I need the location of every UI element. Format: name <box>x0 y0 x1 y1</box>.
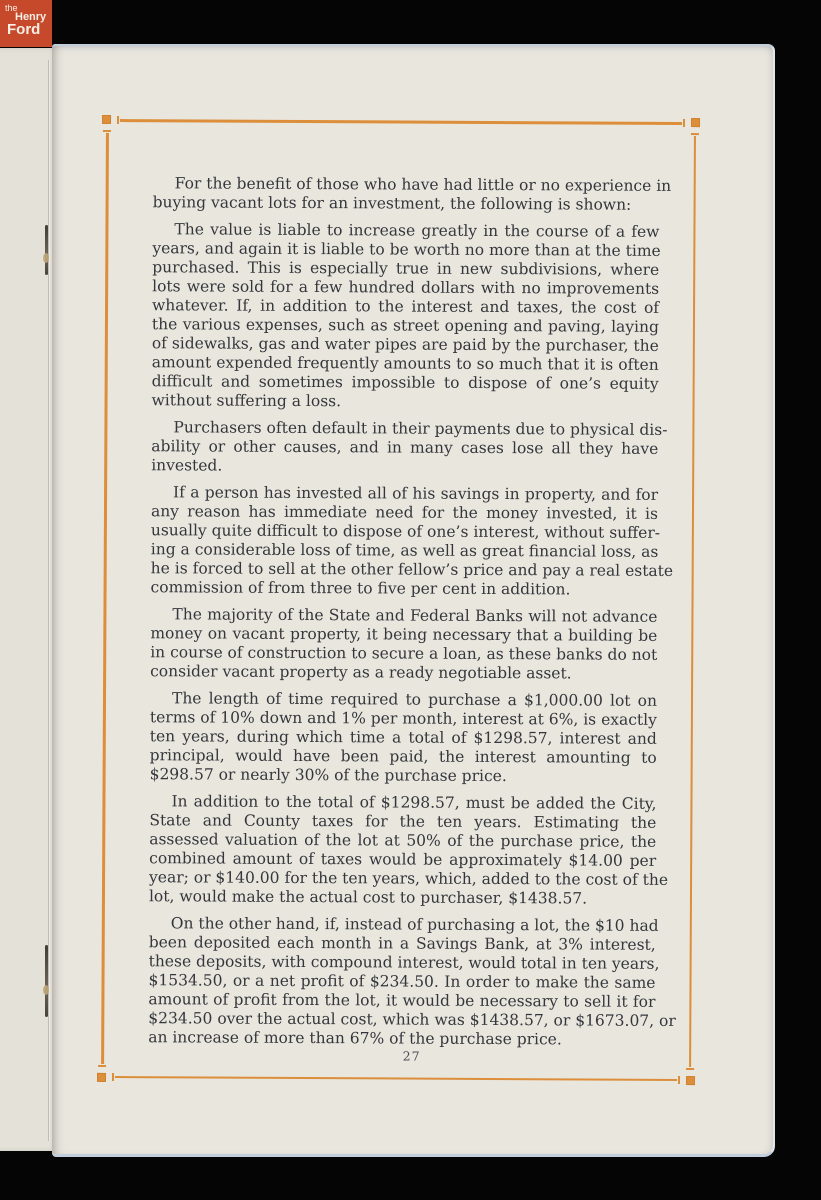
text-line: lots were sold for a few hundred dollars… <box>152 277 659 299</box>
paragraph: For the benefit of those who have had li… <box>153 174 660 215</box>
text-line: amount expended frequently amounts to so… <box>152 353 659 375</box>
page-text: For the benefit of those who have had li… <box>148 174 660 1058</box>
text-line: ability or other causes, and in many cas… <box>151 437 658 459</box>
text-line: whatever. If, in addition to the interes… <box>152 296 659 318</box>
text-line: $298.57 or nearly 30% of the purchase pr… <box>150 765 657 787</box>
border-line-left <box>101 133 108 1064</box>
logo-text-ford: Ford <box>7 22 40 37</box>
page-content: For the benefit of those who have had li… <box>47 46 774 1158</box>
border-corner-bottom-right <box>686 1076 695 1085</box>
book-page: For the benefit of those who have had li… <box>52 44 775 1157</box>
paragraph: On the other hand, if, instead of purcha… <box>148 914 656 1050</box>
text-line: the various expenses, such as street ope… <box>152 315 659 337</box>
page-number: 27 <box>148 1047 655 1065</box>
henry-ford-logo: the Henry Ford <box>0 0 52 47</box>
text-line: amount of profit from the lot, it would … <box>148 990 655 1012</box>
border-line-top <box>120 119 682 124</box>
text-line: years, and again it is liable to be wort… <box>152 239 659 261</box>
text-line: purchased. This is especially true in ne… <box>152 258 659 280</box>
text-line: $234.50 over the actual cost, which was … <box>148 1009 655 1031</box>
border-line-right <box>689 136 696 1067</box>
text-line: consider vacant property as a ready nego… <box>150 662 657 684</box>
paragraph: The value is liable to increase greatly … <box>152 220 660 413</box>
text-line: commission of from three to five per cen… <box>151 578 658 600</box>
text-line: of sidewalks, gas and water pipes are pa… <box>152 334 659 356</box>
text-line: buying vacant lots for an investment, th… <box>153 193 660 215</box>
text-line: lot, would make the actual cost to purch… <box>149 887 656 909</box>
photo-background: { "colors":{ "background":"#050505", "pa… <box>0 0 821 1200</box>
text-line: invested. <box>151 456 658 478</box>
paragraph: The length of time required to purchase … <box>150 689 657 787</box>
text-line: an increase of more than 67% of the purc… <box>148 1028 655 1050</box>
text-line: For the benefit of those who have had li… <box>153 174 660 196</box>
paragraph: In addition to the total of $1298.57, mu… <box>149 792 657 909</box>
binding-stitch-top <box>45 225 48 275</box>
paragraph: The majority of the State and Federal Ba… <box>150 605 657 684</box>
text-line: The value is liable to increase greatly … <box>152 220 659 242</box>
paragraph: Purchasers often default in their paymen… <box>151 418 658 478</box>
text-line: without suffering a loss. <box>152 391 659 413</box>
border-corner-top-left <box>102 115 111 124</box>
border-corner-bottom-left <box>97 1073 106 1082</box>
text-line: $1534.50, or a net profit of $234.50. In… <box>148 971 655 993</box>
border-line-bottom <box>115 1076 677 1081</box>
paragraph: If a person has invested all of his savi… <box>151 483 659 600</box>
border-corner-top-right <box>691 118 700 127</box>
